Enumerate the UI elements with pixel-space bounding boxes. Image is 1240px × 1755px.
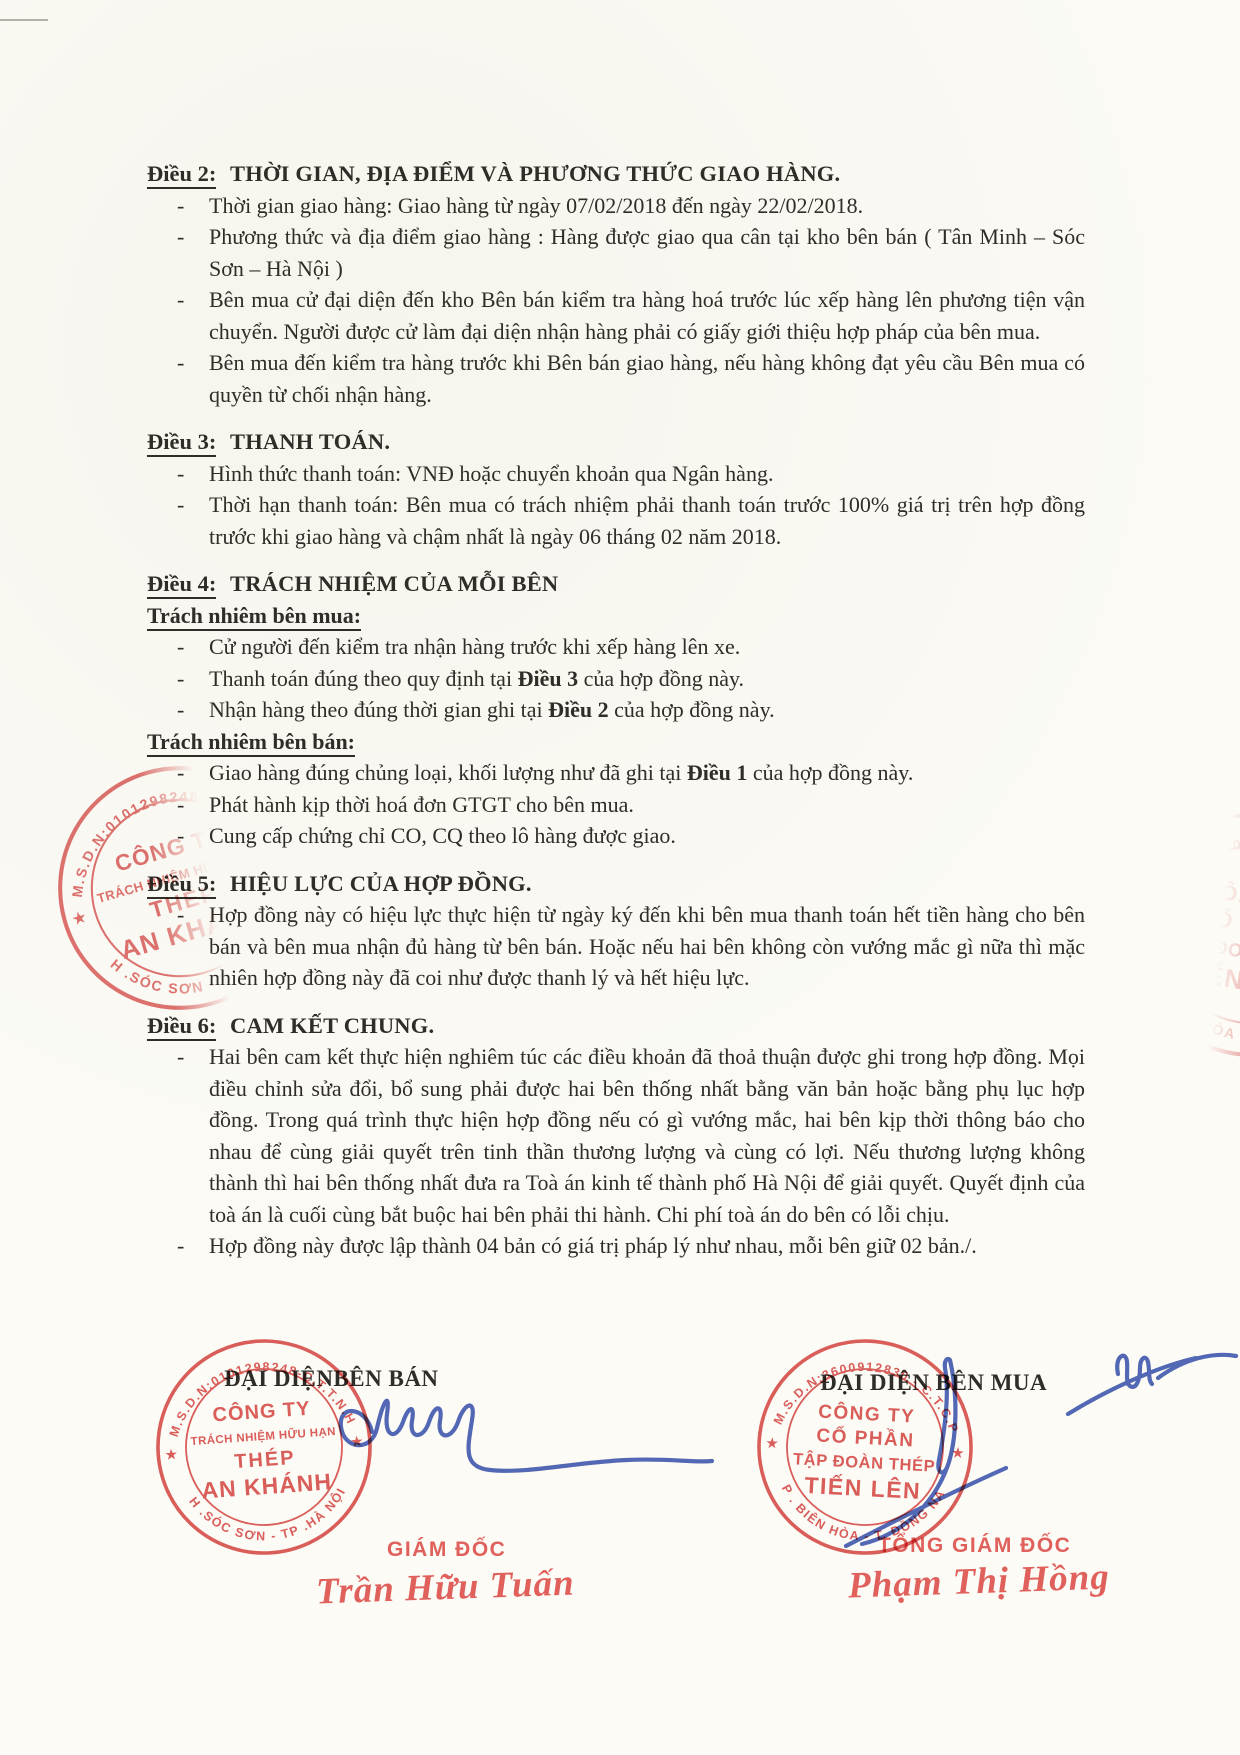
- svg-text:TIẾN LÊN: TIẾN LÊN: [1177, 956, 1240, 1006]
- section-label: Điều 4:: [147, 571, 216, 599]
- buyer-company-stamp-partial: M.S.D.N:3600912830 - C.T.C.P TP . BIÊN H…: [1103, 786, 1240, 1083]
- list-item: -Thời hạn thanh toán: Bên mua có trách n…: [147, 489, 1085, 552]
- round-stamp-graphic: M.S.D.N:3600912830 - C.T.C.P TP . BIÊN H…: [744, 1326, 986, 1568]
- section-heading: Điều 6: CAM KẾT CHUNG.: [147, 1010, 1085, 1042]
- section-heading: Điều 4: TRÁCH NHIỆM CỦA MỖI BÊN: [147, 568, 1085, 600]
- section-title: THANH TOÁN.: [230, 429, 390, 454]
- list-item-text: Bên mua đến kiểm tra hàng trước khi Bên …: [209, 350, 1085, 407]
- list-item-text: của hợp đồng này.: [747, 760, 913, 785]
- round-stamp-graphic: M.S.D.N:0101298248-C.T.T.N.H H .SÓC SƠN …: [141, 1324, 386, 1569]
- dash-bullet: -: [177, 663, 184, 695]
- svg-text:★: ★: [271, 849, 291, 871]
- bold-reference: Điều 3: [518, 666, 579, 691]
- svg-text:★: ★: [69, 907, 89, 929]
- list-item: -Bên mua cử đại diện đến kho Bên bán kiể…: [147, 284, 1085, 347]
- seller-signature-stroke: [341, 1401, 712, 1471]
- list-item-text: Phương thức và địa điểm giao hàng : Hàng…: [209, 224, 1085, 281]
- dash-bullet: -: [177, 221, 184, 253]
- section-dieu-6: Điều 6: CAM KẾT CHUNG. -Hai bên cam kết …: [147, 1010, 1085, 1262]
- svg-text:CÔNG TY: CÔNG TY: [212, 1396, 312, 1427]
- seller-company-stamp: M.S.D.N:0101298248-C.T.T.N.H H .SÓC SƠN …: [141, 1324, 386, 1569]
- dash-bullet: -: [177, 1230, 184, 1262]
- subheading-text: Trách nhiêm bên mua:: [147, 603, 361, 631]
- dash-bullet: -: [177, 694, 184, 726]
- contract-body: Điều 2: THỜI GIAN, ĐỊA ĐIỂM VÀ PHƯƠNG TH…: [147, 158, 1085, 1262]
- list-item-text: Thời gian giao hàng: Giao hàng từ ngày 0…: [209, 193, 863, 218]
- svg-text:CÔNG TY: CÔNG TY: [818, 1401, 916, 1428]
- svg-text:THÉP: THÉP: [233, 1446, 296, 1473]
- section-heading: Điều 3: THANH TOÁN.: [147, 426, 1085, 458]
- bold-reference: Điều 2: [548, 697, 609, 722]
- dash-bullet: -: [177, 1041, 184, 1073]
- list-item-text: Nhận hàng theo đúng thời gian ghi tại: [209, 697, 548, 722]
- section-dieu-3: Điều 3: THANH TOÁN. -Hình thức thanh toá…: [147, 426, 1085, 552]
- list-item: -Thanh toán đúng theo quy định tại Điều …: [147, 663, 1085, 695]
- subheading-seller-duties: Trách nhiêm bên bán:: [147, 726, 1085, 758]
- list-item-text: Hợp đồng này được lập thành 04 bản có gi…: [209, 1233, 977, 1258]
- list-item: -Thời gian giao hàng: Giao hàng từ ngày …: [147, 190, 1085, 222]
- svg-text:★: ★: [951, 1445, 965, 1463]
- svg-text:AN KHÁNH: AN KHÁNH: [201, 1467, 333, 1503]
- dash-bullet: -: [177, 347, 184, 379]
- list-item: -Giao hàng đúng chủng loại, khối lượng n…: [147, 757, 1085, 789]
- svg-text:CỔ PHẦN: CỔ PHẦN: [816, 1424, 915, 1451]
- svg-text:TRÁCH NHIỆM HỮU HẠN: TRÁCH NHIỆM HỮU HẠN: [190, 1425, 336, 1448]
- list-item-text: Hai bên cam kết thực hiện nghiêm túc các…: [209, 1044, 1085, 1227]
- svg-text:★: ★: [350, 1433, 365, 1451]
- section-label: Điều 3:: [147, 429, 216, 457]
- bold-reference: Điều 1: [687, 760, 748, 785]
- round-stamp-graphic: M.S.D.N:3600912830 - C.T.C.P TP . BIÊN H…: [1103, 786, 1240, 1083]
- section-title: CAM KẾT CHUNG.: [230, 1013, 434, 1038]
- svg-text:★: ★: [164, 1446, 179, 1464]
- list-item-text: của hợp đồng này.: [609, 697, 775, 722]
- section-title: TRÁCH NHIỆM CỦA MỖI BÊN: [230, 571, 558, 596]
- list-item-text: Hình thức thanh toán: VNĐ hoặc chuyển kh…: [209, 461, 773, 486]
- section-dieu-2: Điều 2: THỜI GIAN, ĐỊA ĐIỂM VÀ PHƯƠNG TH…: [147, 158, 1085, 410]
- list-item: -Bên mua đến kiểm tra hàng trước khi Bên…: [147, 347, 1085, 410]
- seller-signer-name: Trần Hữu Tuấn: [315, 1562, 575, 1614]
- svg-text:★: ★: [765, 1435, 779, 1453]
- dash-bullet: -: [177, 284, 184, 316]
- seller-signer-title: GIÁM ĐỐC: [387, 1538, 506, 1562]
- list-item: -Nhận hàng theo đúng thời gian ghi tại Đ…: [147, 694, 1085, 726]
- list-item-text: Thời hạn thanh toán: Bên mua có trách nh…: [209, 492, 1085, 549]
- list-item-text: Cử người đến kiểm tra nhận hàng trước kh…: [209, 634, 740, 659]
- scan-artifact-line: [0, 19, 48, 21]
- subheading-buyer-duties: Trách nhiêm bên mua:: [147, 600, 1085, 632]
- dash-bullet: -: [177, 489, 184, 521]
- dash-bullet: -: [177, 190, 184, 222]
- section-label: Điều 2:: [147, 161, 216, 189]
- list-item: -Hình thức thanh toán: VNĐ hoặc chuyển k…: [147, 458, 1085, 490]
- svg-text:TIẾN LÊN: TIẾN LÊN: [804, 1471, 922, 1504]
- list-item: -Phương thức và địa điểm giao hàng : Hàn…: [147, 221, 1085, 284]
- section-heading: Điều 2: THỜI GIAN, ĐỊA ĐIỂM VÀ PHƯƠNG TH…: [147, 158, 1085, 190]
- list-item-text: của hợp đồng này.: [578, 666, 744, 691]
- svg-text:★: ★: [1139, 909, 1157, 930]
- list-item-text: Bên mua cử đại diện đến kho Bên bán kiểm…: [209, 287, 1085, 344]
- list-item: -Hai bên cam kết thực hiện nghiêm túc cá…: [147, 1041, 1085, 1230]
- list-item-text: Thanh toán đúng theo quy định tại: [209, 666, 518, 691]
- dash-bullet: -: [177, 631, 184, 663]
- dash-bullet: -: [177, 458, 184, 490]
- section-title: THỜI GIAN, ĐỊA ĐIỂM VÀ PHƯƠNG THỨC GIAO …: [230, 161, 840, 186]
- list-item: -Cử người đến kiểm tra nhận hàng trước k…: [147, 631, 1085, 663]
- scanned-contract-page: Điều 2: THỜI GIAN, ĐỊA ĐIỂM VÀ PHƯƠNG TH…: [0, 0, 1240, 1755]
- list-item: -Hợp đồng này được lập thành 04 bản có g…: [147, 1230, 1085, 1262]
- buyer-company-stamp: M.S.D.N:3600912830 - C.T.C.P TP . BIÊN H…: [744, 1326, 986, 1568]
